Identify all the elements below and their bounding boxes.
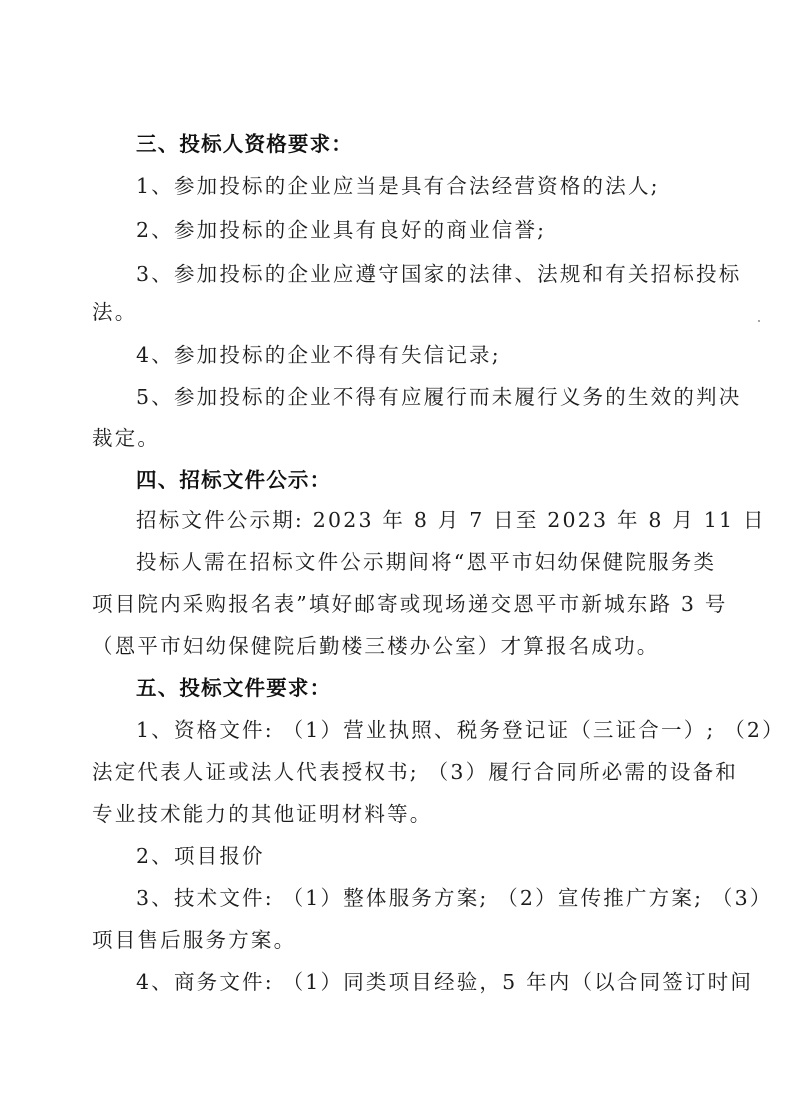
paragraph-line: 4、商务文件: （1）同类项目经验，5 年内（以合同签订时间 [136,968,753,996]
paragraph-line: （恩平市妇幼保健院后勤楼三楼办公室）才算报名成功。 [92,632,660,660]
document-page: 三、投标人资格要求： 1、参加投标的企业应当是具有合法经营资格的法人; 2、参加… [0,0,791,1120]
paragraph-line: 4、参加投标的企业不得有失信记录; [136,341,501,369]
section-heading-5: 五、投标文件要求： [136,674,331,702]
paragraph-line: 1、资格文件: （1）营业执照、税务登记证（三证合一）; （2） [136,716,785,744]
paragraph-line: 1、参加投标的企业应当是具有合法经营资格的法人; [136,172,660,200]
paragraph-line: 3、参加投标的企业应遵守国家的法律、法规和有关招标投标 [136,260,741,288]
section-heading-4: 四、招标文件公示： [136,466,331,494]
paragraph-line: 项目院内采购报名表”填好邮寄或现场递交恩平市新城东路 3 号 [92,590,728,618]
paragraph-line: 3、技术文件: （1）整体服务方案; （2）宣传推广方案; （3） [136,884,773,912]
scan-speck [758,320,760,322]
paragraph-line: 裁定。 [92,424,160,452]
paragraph-line: 专业技术能力的其他证明材料等。 [92,800,433,828]
paragraph-line: 5、参加投标的企业不得有应履行而未履行义务的生效的判决 [136,383,741,411]
paragraph-line: 法定代表人证或法人代表授权书; （3）履行合同所必需的设备和 [92,758,738,786]
paragraph-line: 投标人需在招标文件公示期间将“恩平市妇幼保健院服务类 [136,548,716,576]
paragraph-line: 项目售后服务方案。 [92,926,296,954]
paragraph-line: 招标文件公示期: 2023 年 8 月 7 日至 2023 年 8 月 11 日 [136,506,766,534]
section-heading-3: 三、投标人资格要求： [136,130,353,158]
paragraph-line: 2、项目报价 [136,842,265,870]
paragraph-line: 法。 [92,298,137,326]
paragraph-line: 2、参加投标的企业具有良好的商业信誉; [136,216,546,244]
